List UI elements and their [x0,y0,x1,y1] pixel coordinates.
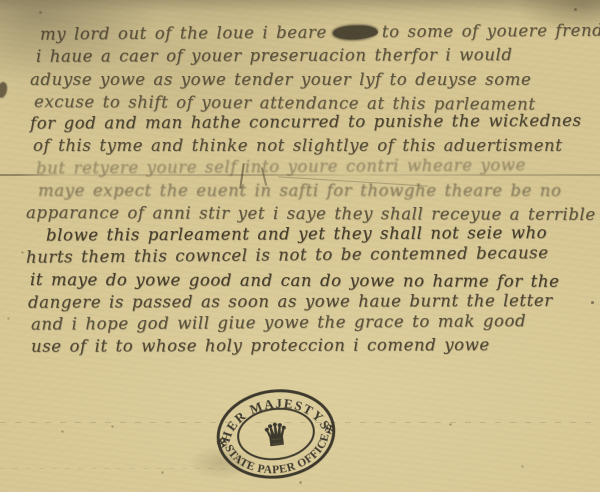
ink-blot [333,25,377,39]
crown-icon: ♛ [261,417,292,453]
letter-line-11: hurts them this cowncel is not to be con… [0,242,600,270]
crease-line [0,468,230,469]
fold-crease [0,174,600,176]
letter-body: my lord out of the loue i beareto some o… [0,24,600,358]
letter-line-15: use of it to whose holy proteccion i com… [0,334,600,358]
letter-line-1-pre: my lord out of the loue i beare [40,23,327,44]
paper-speckles [0,0,1,1]
letter-line-1-post: to some of youere frends [382,21,600,42]
letter-line-14: and i hope god will giue yowe the grace … [0,310,600,336]
letter-line-7: but retyere youre self into youre contri… [0,154,600,180]
letter-line-2: i haue a caer of youer preseruacion ther… [0,44,600,68]
letter-line-1: my lord out of the loue i beareto some o… [0,20,600,46]
manuscript-page: my lord out of the loue i beareto some o… [0,0,600,492]
letter-line-3: aduyse yowe as yowe tender youer lyf to … [0,69,600,91]
letter-line-5: for god and man hathe concurred to punis… [0,110,600,135]
letter-line-8: maye expect the euent in safti for thowg… [0,180,600,202]
state-paper-office-stamp: HER MAJESTYS STATE PAPER OFFICE ✠ ✠ ♛ [209,381,343,487]
